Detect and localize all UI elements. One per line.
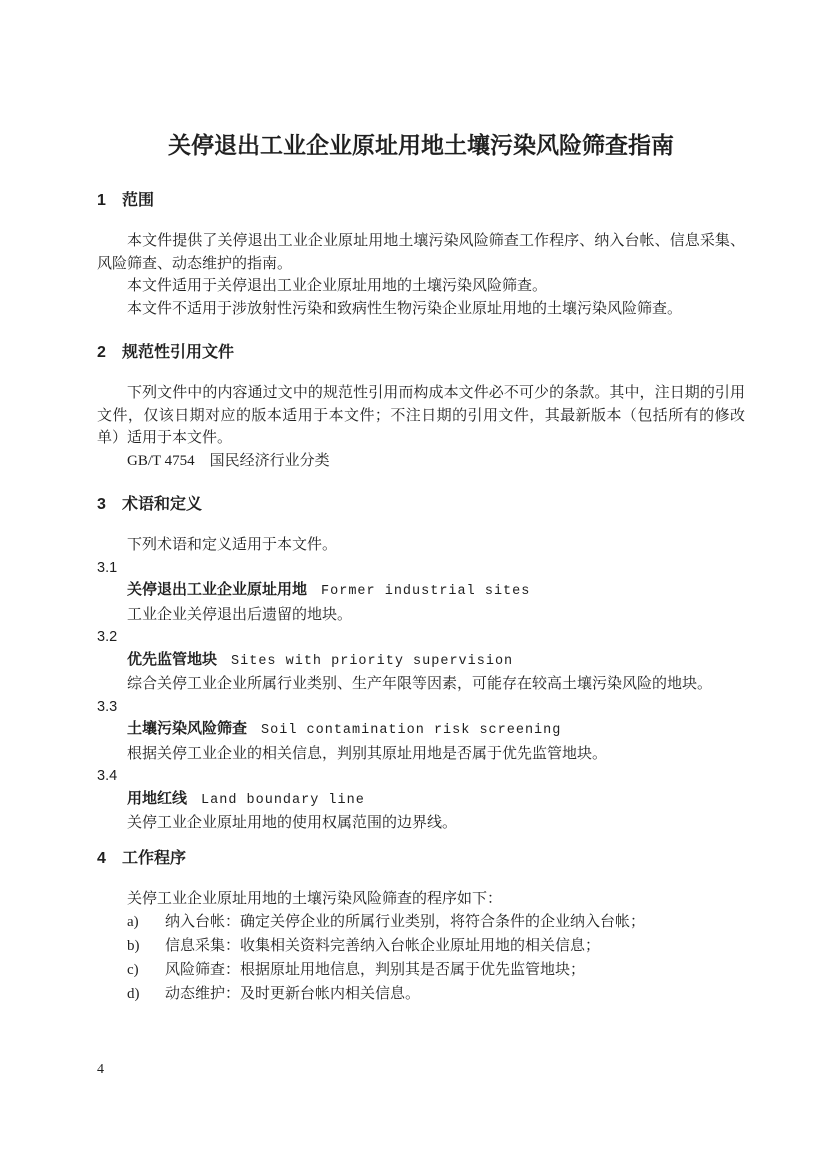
term-name-en: Former industrial sites — [321, 584, 530, 599]
section-label: 规范性引用文件 — [122, 344, 234, 361]
term-definition: 工业企业关停退出后遗留的地块。 — [97, 604, 745, 627]
term-name-line: 优先监管地块Sites with priority supervision — [97, 649, 745, 674]
procedure-step: d)动态维护：及时更新台帐内相关信息。 — [97, 982, 745, 1006]
section-heading-terms: 3术语和定义 — [97, 494, 745, 515]
procedure-step: c)风险筛查：根据原址用地信息，判别其是否属于优先监管地块； — [97, 958, 745, 982]
term-name-zh: 用地红线 — [127, 790, 187, 807]
section-label: 范围 — [122, 192, 154, 209]
step-text: 信息采集：收集相关资料完善纳入台帐企业原址用地的相关信息； — [165, 934, 745, 958]
step-label: d) — [127, 982, 165, 1006]
term-definition: 综合关停工业企业所属行业类别、生产年限等因素，可能存在较高土壤污染风险的地块。 — [97, 673, 745, 696]
scope-paragraph: 本文件提供了关停退出工业企业原址用地土壤污染风险筛查工作程序、纳入台帐、信息采集… — [97, 230, 745, 275]
procedure-step: a)纳入台帐：确定关停企业的所属行业类别，将符合条件的企业纳入台帐； — [97, 910, 745, 934]
step-text: 风险筛查：根据原址用地信息，判别其是否属于优先监管地块； — [165, 958, 745, 982]
procedure-step: b)信息采集：收集相关资料完善纳入台帐企业原址用地的相关信息； — [97, 934, 745, 958]
term-name-line: 关停退出工业企业原址用地Former industrial sites — [97, 579, 745, 604]
section-number: 1 — [97, 190, 122, 211]
section-label: 工作程序 — [122, 850, 186, 867]
step-text: 纳入台帐：确定关停企业的所属行业类别，将符合条件的企业纳入台帐； — [165, 910, 745, 934]
section-number: 3 — [97, 494, 122, 515]
term-definition: 根据关停工业企业的相关信息，判别其原址用地是否属于优先监管地块。 — [97, 743, 745, 766]
term-name-en: Soil contamination risk screening — [261, 723, 561, 738]
term-item: 3.3 土壤污染风险筛查Soil contamination risk scre… — [97, 696, 745, 766]
term-name-line: 用地红线Land boundary line — [97, 788, 745, 813]
term-item: 3.1 关停退出工业企业原址用地Former industrial sites … — [97, 557, 745, 627]
document-page: 关停退出工业企业原址用地土壤污染风险筛查指南 1范围 本文件提供了关停退出工业企… — [0, 0, 826, 1169]
terms-intro: 下列术语和定义适用于本文件。 — [97, 534, 745, 557]
section-number: 2 — [97, 342, 122, 363]
scope-paragraph: 本文件不适用于涉放射性污染和致病性生物污染企业原址用地的土壤污染风险筛查。 — [97, 298, 745, 321]
term-number: 3.4 — [97, 765, 745, 788]
section-label: 术语和定义 — [122, 496, 202, 513]
term-number: 3.2 — [97, 626, 745, 649]
term-name-zh: 优先监管地块 — [127, 651, 217, 668]
section-heading-scope: 1范围 — [97, 190, 745, 211]
term-definition: 关停工业企业原址用地的使用权属范围的边界线。 — [97, 812, 745, 835]
term-name-zh: 关停退出工业企业原址用地 — [127, 581, 307, 598]
term-number: 3.1 — [97, 557, 745, 580]
term-name-en: Sites with priority supervision — [231, 654, 513, 669]
term-name-zh: 土壤污染风险筛查 — [127, 720, 247, 737]
step-label: a) — [127, 910, 165, 934]
section-heading-procedure: 4工作程序 — [97, 848, 745, 869]
document-content: 关停退出工业企业原址用地土壤污染风险筛查指南 1范围 本文件提供了关停退出工业企… — [97, 130, 745, 1006]
term-item: 3.2 优先监管地块Sites with priority supervisio… — [97, 626, 745, 696]
section-number: 4 — [97, 848, 122, 869]
step-label: b) — [127, 934, 165, 958]
references-paragraph: 下列文件中的内容通过文中的规范性引用而构成本文件必不可少的条款。其中，注日期的引… — [97, 382, 745, 450]
reference-entry: GB/T 4754 国民经济行业分类 — [97, 450, 745, 473]
procedure-intro: 关停工业企业原址用地的土壤污染风险筛查的程序如下： — [97, 888, 745, 911]
term-name-line: 土壤污染风险筛查Soil contamination risk screenin… — [97, 718, 745, 743]
term-item: 3.4 用地红线Land boundary line 关停工业企业原址用地的使用… — [97, 765, 745, 835]
term-name-en: Land boundary line — [201, 793, 365, 808]
step-text: 动态维护：及时更新台帐内相关信息。 — [165, 982, 745, 1006]
document-title: 关停退出工业企业原址用地土壤污染风险筛查指南 — [97, 130, 745, 160]
scope-paragraph: 本文件适用于关停退出工业企业原址用地的土壤污染风险筛查。 — [97, 275, 745, 298]
step-label: c) — [127, 958, 165, 982]
page-number: 4 — [97, 1061, 104, 1079]
term-number: 3.3 — [97, 696, 745, 719]
section-heading-references: 2规范性引用文件 — [97, 342, 745, 363]
